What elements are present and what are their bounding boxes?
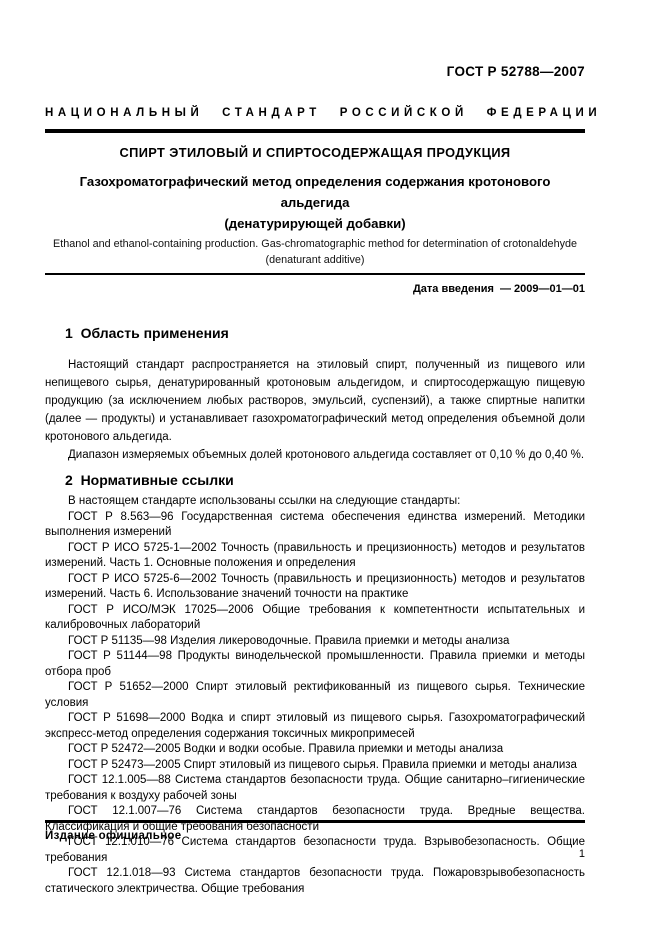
- national-standard-banner: НАЦИОНАЛЬНЫЙ СТАНДАРТ РОССИЙСКОЙ ФЕДЕРАЦ…: [45, 106, 585, 121]
- edition-note: Издание официальное: [45, 829, 181, 844]
- document-subtitle-ru: Газохроматографический метод определения…: [45, 171, 585, 234]
- body-paragraph: Настоящий стандарт распространяется на э…: [45, 356, 585, 446]
- section-2-heading: 2 Нормативные ссылки: [45, 471, 585, 489]
- reference-entry: ГОСТ Р ИСО 5725-1—2002 Точность (правиль…: [45, 541, 585, 572]
- title-en-line: (denaturant additive): [45, 252, 585, 268]
- introduction-date: Дата введения — 2009—01—01: [45, 282, 585, 297]
- document-page: ГОСТ Р 52788—2007 НАЦИОНАЛЬНЫЙ СТАНДАРТ …: [0, 0, 661, 936]
- page-content: ГОСТ Р 52788—2007 НАЦИОНАЛЬНЫЙ СТАНДАРТ …: [0, 0, 661, 897]
- reference-entry: ГОСТ Р 51698—2000 Водка и спирт этиловый…: [45, 711, 585, 742]
- page-number: 1: [579, 847, 585, 861]
- reference-entry: ГОСТ 12.1.018—93 Система стандартов безо…: [45, 866, 585, 897]
- reference-entry: ГОСТ Р 51144—98 Продукты винодельческой …: [45, 649, 585, 680]
- section-1-body: Настоящий стандарт распространяется на э…: [45, 356, 585, 464]
- reference-entry: ГОСТ Р 51135—98 Изделия ликероводочные. …: [45, 634, 585, 650]
- doc-code: ГОСТ Р 52788—2007: [45, 64, 585, 79]
- header-rule: [45, 129, 585, 133]
- document-title-en: Ethanol and ethanol-containing productio…: [45, 236, 585, 268]
- document-title-ru: СПИРТ ЭТИЛОВЫЙ И СПИРТОСОДЕРЖАЩАЯ ПРОДУК…: [45, 144, 585, 161]
- references-intro: В настоящем стандарте использованы ссылк…: [45, 494, 585, 510]
- section-1-heading: 1 Область применения: [45, 324, 585, 342]
- subtitle-line: Газохроматографический метод определения…: [45, 171, 585, 213]
- reference-entry: ГОСТ Р ИСО/МЭК 17025—2006 Общие требован…: [45, 603, 585, 634]
- reference-entry: ГОСТ Р ИСО 5725-6—2002 Точность (правиль…: [45, 572, 585, 603]
- reference-entry: ГОСТ Р 52473—2005 Спирт этиловый из пище…: [45, 758, 585, 774]
- title-en-line: Ethanol and ethanol-containing productio…: [45, 236, 585, 252]
- subtitle-line: (денатурирующей добавки): [45, 213, 585, 234]
- reference-entry: ГОСТ Р 51652—2000 Спирт этиловый ректифи…: [45, 680, 585, 711]
- body-paragraph: Диапазон измеряемых объемных долей крото…: [45, 446, 585, 464]
- reference-entry: ГОСТ Р 8.563—96 Государственная система …: [45, 510, 585, 541]
- date-rule: [45, 273, 585, 276]
- footer-rule: [45, 820, 585, 823]
- reference-entry: ГОСТ Р 52472—2005 Водки и водки особые. …: [45, 742, 585, 758]
- reference-entry: ГОСТ 12.1.005—88 Система стандартов безо…: [45, 773, 585, 804]
